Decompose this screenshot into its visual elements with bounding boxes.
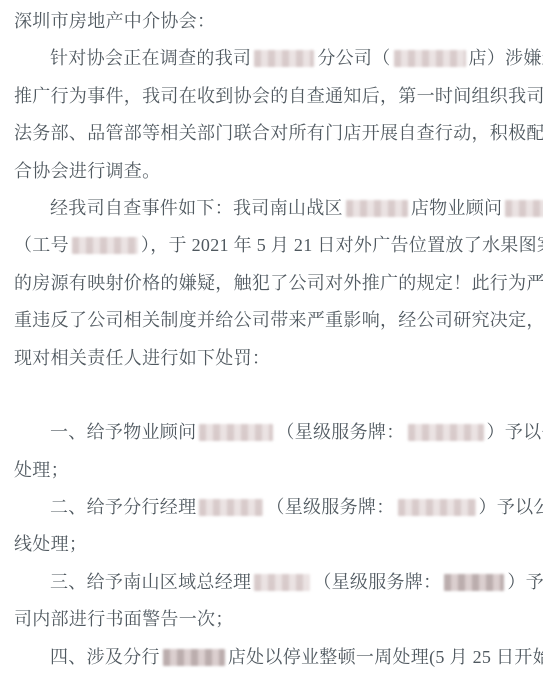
- text-segment: （星级服务牌：: [313, 572, 441, 592]
- text-line: 现对相关责任人进行如下处罚：: [0, 340, 543, 377]
- text-line: 一、给予物业顾问（星级服务牌：）予以公司红线: [0, 414, 543, 451]
- redaction-block: [163, 649, 225, 666]
- text-segment: 店）涉嫌违规: [469, 48, 543, 68]
- text-line: 四、涉及分行店处以停业整顿一周处理(5 月 25 日开始)。: [0, 639, 543, 676]
- text-segment: 店处以停业整顿一周处理(5 月 25 日开始)。: [228, 647, 543, 667]
- blank-line: [0, 377, 543, 414]
- text-segment: ）予以公: [507, 572, 543, 592]
- text-segment: 司内部进行书面警告一次；: [14, 609, 234, 629]
- redaction-block: [505, 200, 543, 217]
- text-segment: 法务部、品管部等相关部门联合对所有门店开展自查行动，积极配: [14, 123, 543, 143]
- text-segment: 现对相关责任人进行如下处罚：: [14, 348, 270, 368]
- text-segment: 线处理；: [14, 534, 87, 554]
- text-segment: 推广行为事件，我司在收到协会的自查通知后，第一时间组织我司: [14, 86, 543, 106]
- text-segment: （星级服务牌：: [276, 422, 404, 442]
- redaction-block: [408, 424, 484, 441]
- text-line: 针对协会正在调查的我司分公司（店）涉嫌违规: [0, 40, 543, 77]
- text-segment: ）予以公司红线: [487, 422, 543, 442]
- redaction-block: [199, 424, 273, 441]
- redaction-block: [444, 574, 504, 591]
- text-line: 合协会进行调查。: [0, 153, 543, 190]
- text-segment: 合协会进行调查。: [14, 161, 160, 181]
- text-line: （工号），于 2021 年 5 月 21 日对外广告位置放了水果图案: [0, 227, 543, 264]
- text-segment: 二、给予分行经理: [50, 497, 196, 517]
- text-segment: 店物业顾问: [411, 198, 503, 218]
- text-line: 的房源有映射价格的嫌疑，触犯了公司对外推广的规定！此行为严: [0, 265, 543, 302]
- text-segment: （星级服务牌：: [266, 497, 394, 517]
- text-segment: 经我司自查事件如下：我司南山战区: [50, 198, 343, 218]
- text-segment: 针对协会正在调查的我司: [50, 48, 251, 68]
- redaction-block: [398, 499, 476, 516]
- text-segment: 分公司（: [317, 48, 390, 68]
- text-line: 经我司自查事件如下：我司南山战区店物业顾问: [0, 190, 543, 227]
- text-line: 深圳市房地产中介协会：: [0, 3, 543, 40]
- text-segment: 处理；: [14, 460, 69, 480]
- text-segment: 四、涉及分行: [50, 647, 160, 667]
- document-page: 深圳市房地产中介协会：针对协会正在调查的我司分公司（店）涉嫌违规推广行为事件，我…: [0, 0, 543, 685]
- text-line: 处理；: [0, 452, 543, 489]
- text-line: 司内部进行书面警告一次；: [0, 601, 543, 638]
- redaction-block: [254, 574, 310, 591]
- text-segment: ），于 2021 年 5 月 21 日对外广告位置放了水果图案: [141, 235, 543, 255]
- text-segment: 的房源有映射价格的嫌疑，触犯了公司对外推广的规定！此行为严: [14, 273, 543, 293]
- text-line: 三、给予南山区域总经理（星级服务牌：）予以公: [0, 564, 543, 601]
- text-segment: ）予以公司黄: [479, 497, 543, 517]
- redaction-block: [394, 50, 466, 67]
- text-segment: 一、给予物业顾问: [50, 422, 196, 442]
- redaction-block: [199, 499, 263, 516]
- text-line: 推广行为事件，我司在收到协会的自查通知后，第一时间组织我司: [0, 78, 543, 115]
- redaction-block: [254, 50, 314, 67]
- text-line: 线处理；: [0, 526, 543, 563]
- text-segment: （工号: [14, 235, 69, 255]
- text-line: 法务部、品管部等相关部门联合对所有门店开展自查行动，积极配: [0, 115, 543, 152]
- text-line: 二、给予分行经理（星级服务牌：）予以公司黄: [0, 489, 543, 526]
- text-line: 重违反了公司相关制度并给公司带来严重影响，经公司研究决定，: [0, 302, 543, 339]
- text-segment: 深圳市房地产中介协会：: [14, 11, 215, 31]
- redaction-block: [346, 200, 408, 217]
- text-segment: 重违反了公司相关制度并给公司带来严重影响，经公司研究决定，: [14, 310, 543, 330]
- redaction-block: [72, 237, 138, 254]
- text-segment: 三、给予南山区域总经理: [50, 572, 251, 592]
